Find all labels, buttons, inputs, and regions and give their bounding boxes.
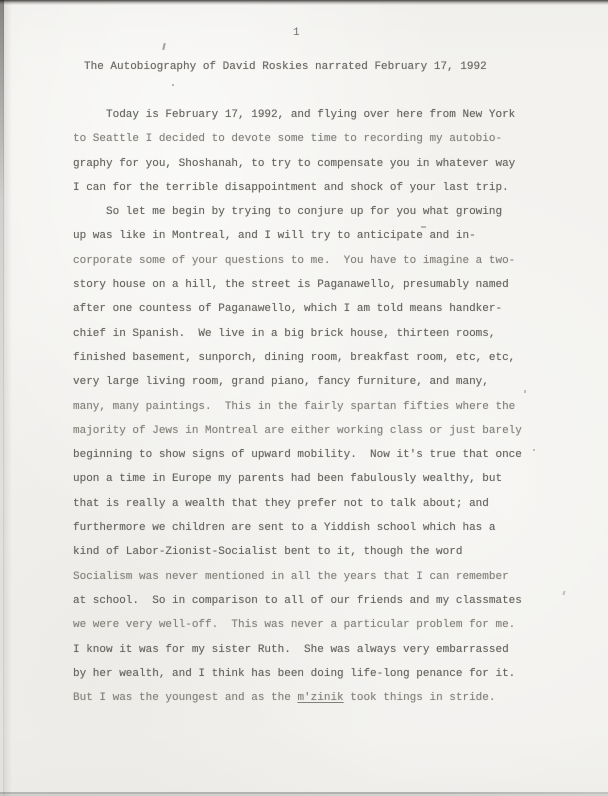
text-line: upon a time in Europe my parents had bee… bbox=[73, 467, 543, 491]
scanned-document-page: 1 The Autobiography of David Roskies nar… bbox=[0, 0, 608, 796]
scan-speck bbox=[172, 84, 174, 86]
text-line: beginning to show signs of upward mobili… bbox=[73, 443, 543, 467]
scan-speck bbox=[562, 591, 565, 595]
text-line: I can for the terrible disappointment an… bbox=[73, 176, 543, 200]
text-line-with-underline: But I was the youngest and as the m'zini… bbox=[73, 686, 543, 710]
scan-speck bbox=[162, 43, 166, 50]
text-line: So let me begin by trying to conjure up … bbox=[73, 200, 543, 224]
text-line: to Seattle I decided to devote some time… bbox=[73, 127, 543, 151]
text-line: graphy for you, Shoshanah, to try to com… bbox=[73, 152, 543, 176]
text-line: by her wealth, and I think has been doin… bbox=[73, 662, 543, 686]
text-line: corporate some of your questions to me. … bbox=[73, 249, 543, 273]
text-line: furthermore we children are sent to a Yi… bbox=[73, 516, 543, 540]
text-segment: took things in stride. bbox=[344, 692, 496, 704]
text-line: kind of Labor-Zionist-Socialist bent to … bbox=[73, 540, 543, 564]
text-line: chief in Spanish. We live in a big brick… bbox=[73, 322, 543, 346]
text-line: we were very well-off. This was never a … bbox=[73, 613, 543, 637]
scan-edge-top bbox=[0, 0, 608, 5]
document-body: Today is February 17, 1992, and flying o… bbox=[73, 103, 543, 710]
scan-speck bbox=[533, 449, 535, 451]
text-line: at school. So in comparison to all of ou… bbox=[73, 589, 543, 613]
text-line: majority of Jews in Montreal are either … bbox=[73, 419, 543, 443]
text-line: that is really a wealth that they prefer… bbox=[73, 492, 543, 516]
text-line: very large living room, grand piano, fan… bbox=[73, 370, 543, 394]
scan-speck bbox=[421, 226, 426, 228]
underlined-word: m'zinik bbox=[297, 692, 343, 704]
document-title: The Autobiography of David Roskies narra… bbox=[84, 61, 487, 73]
text-line: I know it was for my sister Ruth. She wa… bbox=[73, 638, 543, 662]
text-line: Today is February 17, 1992, and flying o… bbox=[73, 103, 543, 127]
text-line: after one countess of Paganawello, which… bbox=[73, 297, 543, 321]
page-number: 1 bbox=[293, 27, 300, 39]
scan-edge-left bbox=[0, 0, 4, 796]
scan-speck bbox=[524, 390, 526, 393]
text-line: up was like in Montreal, and I will try … bbox=[73, 224, 543, 248]
text-line: Socialism was never mentioned in all the… bbox=[73, 565, 543, 589]
text-segment: But I was the youngest and as the bbox=[73, 692, 297, 704]
text-line: finished basement, sunporch, dining room… bbox=[73, 346, 543, 370]
text-line: many, many paintings. This in the fairly… bbox=[73, 395, 543, 419]
scan-shadow-left bbox=[3, 0, 12, 796]
text-line: story house on a hill, the street is Pag… bbox=[73, 273, 543, 297]
